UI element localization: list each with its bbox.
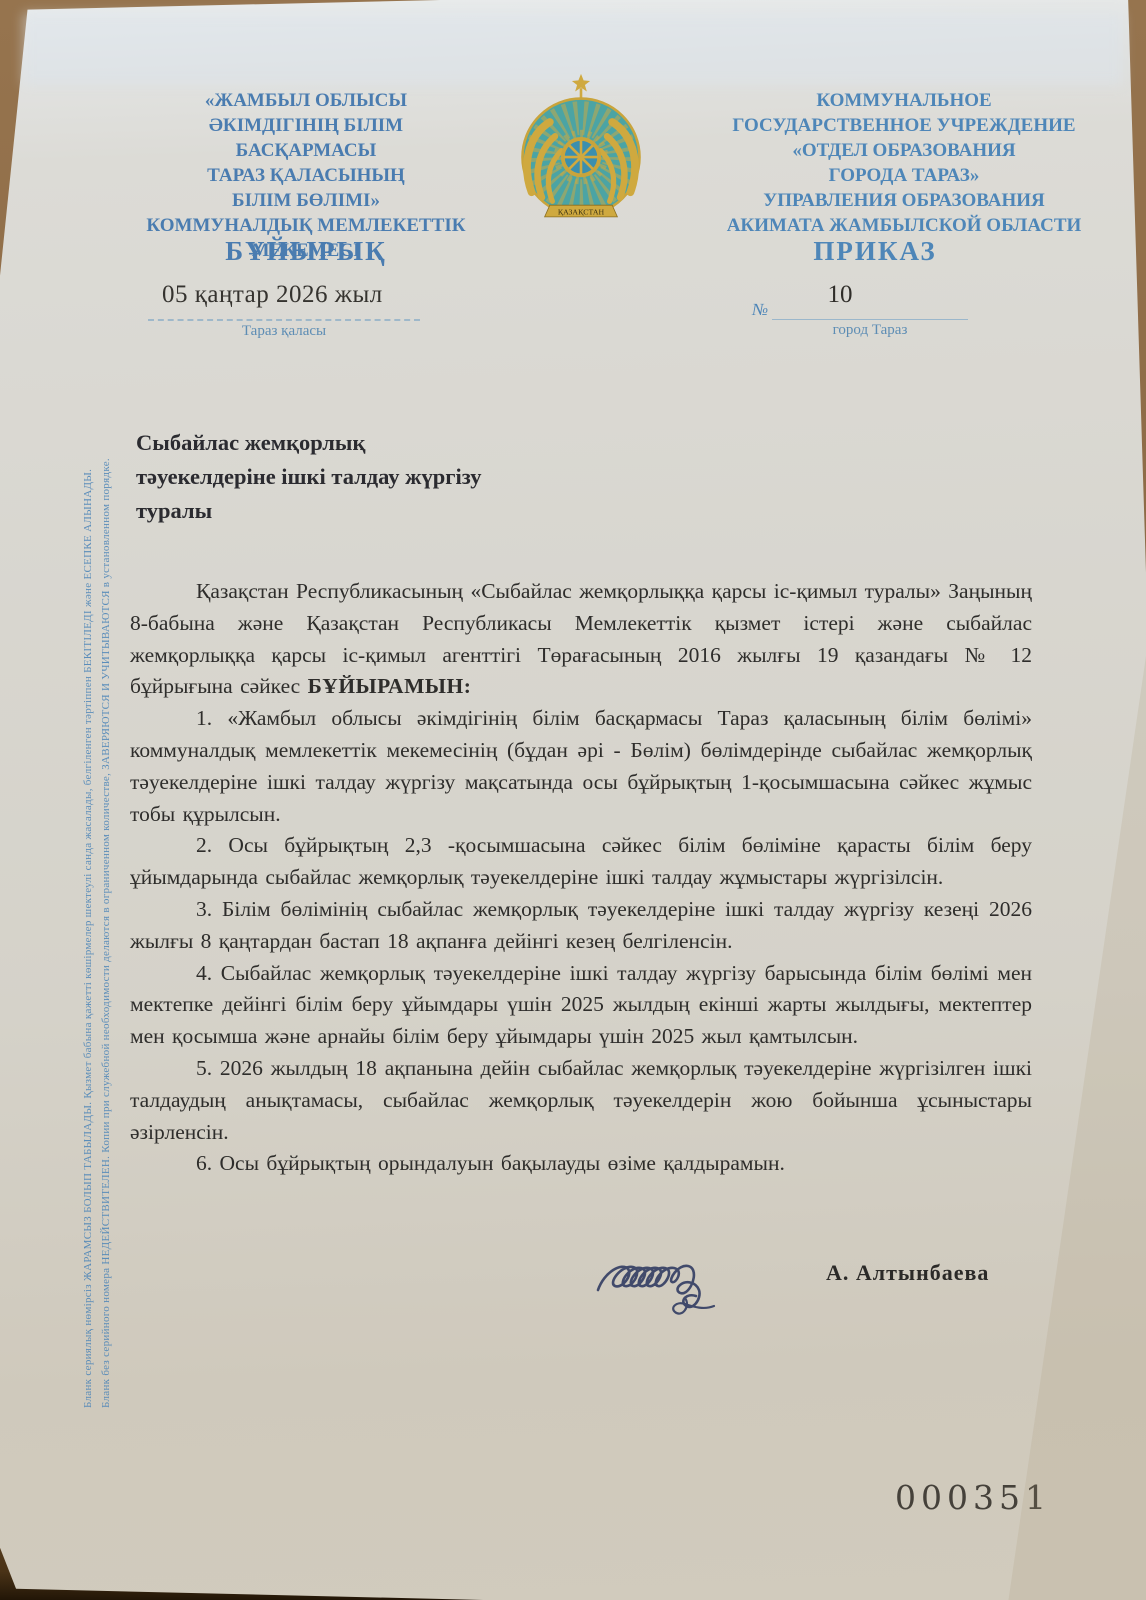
order-item: 5. 2026 жылдың 18 ақпанына дейін сыбайла…: [130, 1053, 1032, 1148]
signer-name: А. Алтынбаева: [826, 1260, 1046, 1286]
order-number: 10: [790, 281, 890, 309]
order-item: 3. Білім бөлімінің сыбайлас жемқорлық тә…: [130, 894, 1032, 958]
order-item: 4. Сыбайлас жемқорлық тәуекелдеріне ішкі…: [130, 958, 1032, 1053]
number-underline: [772, 319, 968, 320]
emblem-banner-text: ҚАЗАҚСТАН: [558, 207, 605, 216]
intro-resolve-word: БҰЙЫРАМЫН:: [308, 674, 472, 698]
intro-text: Қазақстан Республикасының «Сыбайлас жемқ…: [130, 579, 1032, 698]
order-item: 6. Осы бұйрықтың орындалуын бақылауды өз…: [130, 1148, 1032, 1180]
margin-security-note-russian: Бланк без серийного номера НЕДЕЙСТВИТЕЛЕ…: [100, 468, 116, 1408]
org-line: УПРАВЛЕНИЯ ОБРАЗОВАНИЯ: [686, 188, 1122, 213]
place-label-kazakh: Тараз қаласы: [148, 323, 420, 340]
order-word-kazakh: БҰЙЫРЫҚ: [138, 236, 474, 267]
margin-security-note-kazakh: Бланк сериялық нөмірсіз ЖАРАМСЫЗ БОЛЫП Т…: [82, 468, 98, 1408]
order-word-russian: ПРИКАЗ: [700, 236, 1050, 267]
org-line: ТАРАЗ ҚАЛАСЫНЫҢ: [138, 163, 474, 188]
number-sign: №: [752, 300, 768, 320]
place-label-russian: город Тараз: [772, 322, 968, 339]
signature-ink: [588, 1238, 818, 1323]
order-item: 2. Осы бұйрықтың 2,3 -қосымшасына сәйкес…: [130, 830, 1032, 894]
org-line: БІЛІМ БӨЛІМІ»: [138, 188, 474, 213]
org-line: КОММУНАЛЬНОЕ: [686, 88, 1122, 113]
photo-of-document: «ЖАМБЫЛ ОБЛЫСЫ ӘКІМДІГІНІҢ БІЛІМ БАСҚАРМ…: [0, 0, 1146, 1600]
date-underline: [148, 319, 420, 321]
org-line: ГОРОДА ТАРАЗ»: [686, 163, 1122, 188]
order-date: 05 қаңтар 2026 жыл: [162, 281, 422, 309]
order-item: 1. «Жамбыл облысы әкімдігінің білім басқ…: [130, 703, 1032, 830]
org-line: КОММУНАЛДЫҚ МЕМЛЕКЕТТІК: [138, 213, 474, 238]
org-line: ГОСУДАРСТВЕННОЕ УЧРЕЖДЕНИЕ: [686, 113, 1122, 138]
org-line: ӘКІМДІГІНІҢ БІЛІМ БАСҚАРМАСЫ: [138, 113, 474, 163]
intro-paragraph: Қазақстан Республикасының «Сыбайлас жемқ…: [130, 576, 1032, 703]
document-title: Сыбайлас жемқорлық тәуекелдеріне ішкі та…: [136, 426, 488, 528]
document-body: Қазақстан Республикасының «Сыбайлас жемқ…: [130, 576, 1032, 1180]
org-line: «ЖАМБЫЛ ОБЛЫСЫ: [138, 88, 474, 113]
org-name-russian: КОММУНАЛЬНОЕ ГОСУДАРСТВЕННОЕ УЧРЕЖДЕНИЕ …: [686, 88, 1122, 238]
kazakhstan-emblem-icon: ҚАЗАҚСТАН: [502, 70, 660, 226]
org-line: «ОТДЕЛ ОБРАЗОВАНИЯ: [686, 138, 1122, 163]
blank-serial-number: 000351: [893, 1478, 1053, 1517]
org-line: АКИМАТА ЖАМБЫЛСКОЙ ОБЛАСТИ: [686, 213, 1122, 238]
